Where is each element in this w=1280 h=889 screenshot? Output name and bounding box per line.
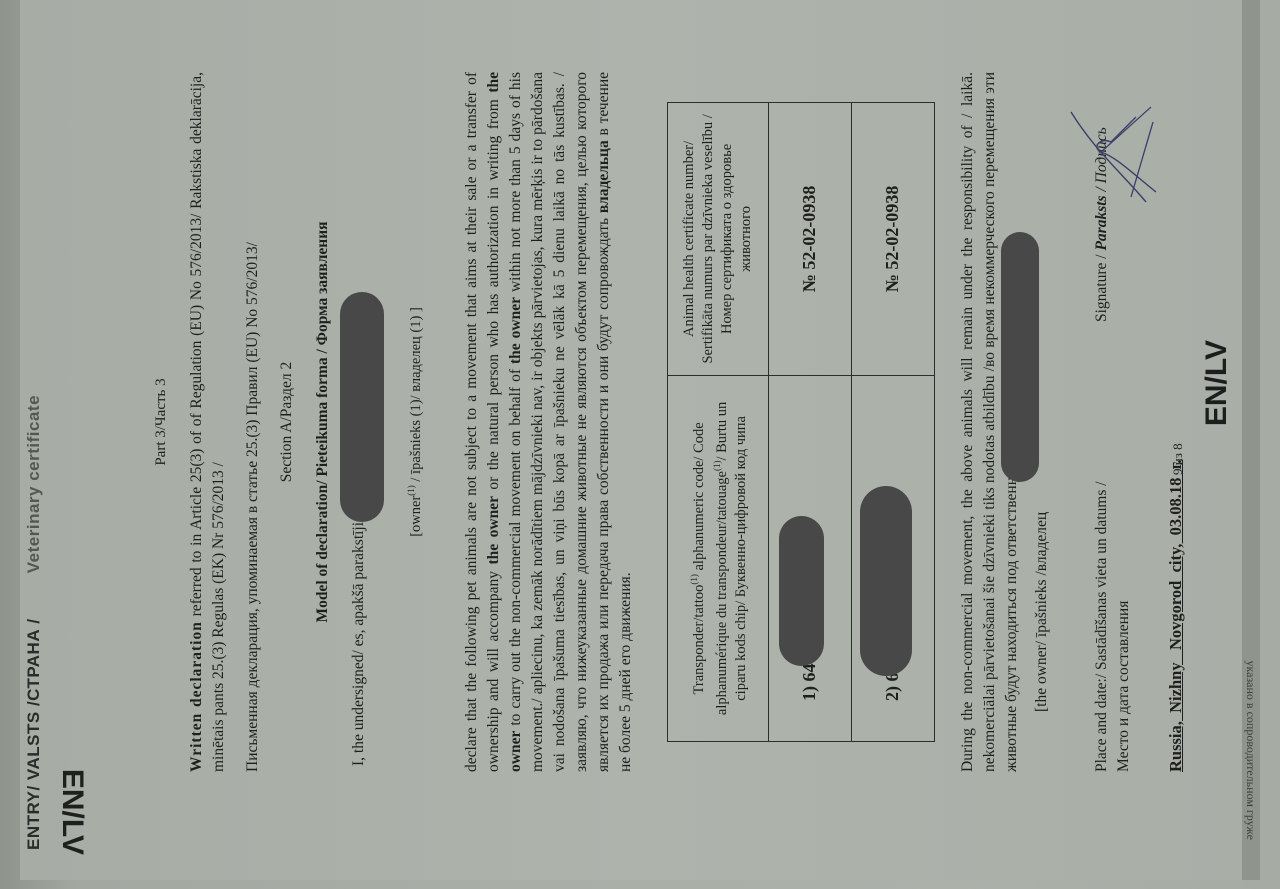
signature-label-text: Signature / bbox=[1093, 251, 1110, 322]
declaration-text-2: or the natural person who has authorizat… bbox=[485, 93, 502, 496]
transponder-code-cell: 2) 6 bbox=[851, 375, 934, 741]
undersigned-line: I, the undersigned/ es, apakšā parakstīj… bbox=[348, 72, 374, 772]
language-code: EN/LV bbox=[1200, 340, 1234, 426]
written-declaration-bold: Written declaration bbox=[188, 621, 205, 772]
transponder-code: 1) 64 bbox=[799, 664, 819, 702]
redacted-transponder-code bbox=[860, 486, 912, 676]
certificate-number-cell: № 52-02-0938 bbox=[851, 103, 934, 376]
footnote-mark-2: (1) bbox=[712, 461, 722, 472]
place-date-value: Russia, Nizhny Novgorod city, 03.08.18 г… bbox=[1165, 72, 1187, 772]
certificate-header-text: Veterinary certificate bbox=[24, 395, 43, 573]
declaration-bold-4: владельца bbox=[595, 140, 612, 213]
next-page-edge-text: указано в сопроводительном груже bbox=[1243, 660, 1258, 840]
transponder-code-cell: 1) 64 bbox=[768, 375, 851, 741]
declaration-content: Part 3/Часть 3 Written declaration refer… bbox=[150, 72, 1187, 772]
redacted-owner-name bbox=[340, 292, 384, 522]
footnote-mark: (1) bbox=[689, 574, 699, 585]
transponder-header-text: Transponder/tattoo bbox=[690, 585, 706, 695]
language-code-rotated: EN/LV bbox=[55, 769, 89, 855]
declaration-page: ENTRY/ VALSTS /СТРАНА / Veterinary certi… bbox=[20, 0, 1260, 880]
declaration-bold-3: the owner bbox=[507, 297, 524, 364]
declaration-bold-1: the owner bbox=[485, 496, 502, 564]
place-date-label-lv: Place and date:/ Sastādīšanas vieta un d… bbox=[1091, 481, 1113, 772]
owner-label-footnote: (1) bbox=[406, 485, 416, 496]
document-photo: ENTRY/ VALSTS /СТРАНА / Veterinary certi… bbox=[0, 0, 1280, 889]
table-row: 2) 6 № 52-02-0938 bbox=[851, 103, 934, 742]
table-header-row: Transponder/tattoo(1) alphanumeric code/… bbox=[667, 103, 768, 742]
redacted-responsible-owner bbox=[1001, 232, 1039, 482]
owner-label: [owner(1) / īpašnieks (1)/ владелец (1) … bbox=[400, 72, 427, 772]
responsibility-paragraph: During the non-commercial movement, the … bbox=[957, 72, 1053, 772]
handwritten-signature bbox=[1061, 102, 1161, 212]
owner-label-rest: / īpašnieks (1)/ владелец (1) ] bbox=[408, 307, 424, 485]
animals-table: Transponder/tattoo(1) alphanumeric code/… bbox=[667, 102, 935, 742]
transponder-code: 2) 6 bbox=[882, 673, 902, 702]
table-row: 1) 64 № 52-02-0938 bbox=[768, 103, 851, 742]
declaration-text-3: to carry out the non-commercial movement… bbox=[507, 364, 524, 731]
country-header-text: ENTRY/ VALSTS /СТРАНА / bbox=[24, 618, 43, 850]
model-of-declaration: Model of declaration/ Pieteikuma forma /… bbox=[312, 72, 334, 772]
next-page-edge: указано в сопроводительном груже bbox=[1242, 0, 1260, 880]
transponder-header: Transponder/tattoo(1) alphanumeric code/… bbox=[667, 375, 768, 741]
section-label: Section A/Раздел 2 bbox=[276, 72, 298, 772]
certificate-header: Animal health certificate number/ Sertif… bbox=[667, 103, 768, 376]
place-date-label: Place and date:/ Sastādīšanas vieta un d… bbox=[1091, 481, 1135, 772]
place-date-label-ru: Место и дата составления bbox=[1113, 481, 1135, 772]
redacted-transponder-code bbox=[779, 516, 824, 666]
certificate-number-cell: № 52-02-0938 bbox=[768, 103, 851, 376]
page-number: 9 из 8 bbox=[1170, 443, 1186, 475]
written-declaration-heading: Written declaration referred to in Artic… bbox=[186, 72, 230, 772]
owner-label-prefix: [owner bbox=[408, 496, 424, 537]
previous-section-strip: ENTRY/ VALSTS /СТРАНА / Veterinary certi… bbox=[20, 0, 60, 880]
declaration-paragraph: declare that the following pet animals a… bbox=[461, 72, 637, 772]
place-signature-row: Place and date:/ Sastādīšanas vieta un d… bbox=[1091, 72, 1147, 772]
part-title: Part 3/Часть 3 bbox=[150, 72, 172, 772]
written-declaration-ru: Письменная декларация, упоминаемая в ста… bbox=[242, 72, 264, 772]
